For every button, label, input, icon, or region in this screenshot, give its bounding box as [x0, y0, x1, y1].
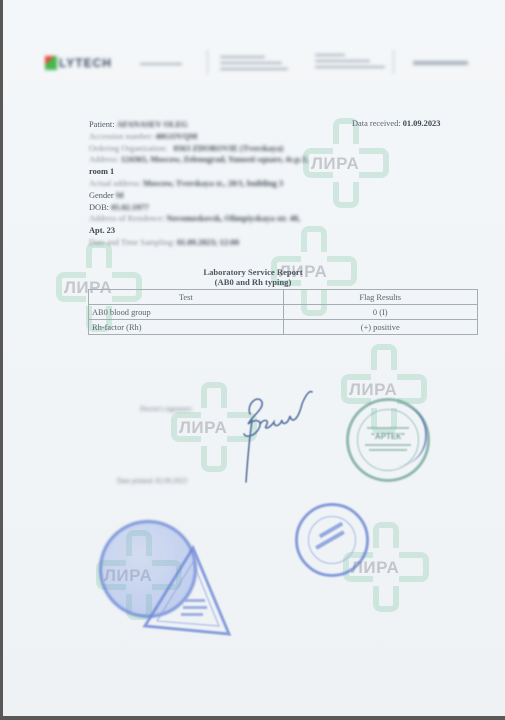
test-result: (+) positive — [283, 320, 478, 335]
header-text-block — [140, 63, 182, 65]
date-of-birth: 05.02.1977 — [111, 202, 149, 214]
lab-report-page: LYTECH ЛИРА ЛИРА ЛИРА ЛИРА ЛИРА ЛИРА — [3, 0, 505, 716]
patient-info: Patient: AFANASEV OLEG Accession number:… — [89, 119, 359, 249]
header-text-block — [220, 56, 265, 58]
gender: M — [116, 190, 124, 202]
doctor-signature-label: Doctor's signature: — [140, 405, 193, 413]
header-text-block — [220, 62, 282, 64]
date-printed: Date printed: 02.09.2023 — [117, 477, 187, 485]
triangle-stamp — [141, 544, 233, 638]
logo-text: LYTECH — [59, 56, 112, 70]
header-text-block — [315, 54, 345, 56]
report-title: Laboratory Service Report (AB0 and Rh ty… — [123, 267, 383, 287]
signature-icon — [228, 384, 323, 484]
date-received: Data received: 01.09.2023 — [352, 119, 440, 128]
column-header-test: Test — [89, 290, 284, 305]
address-room: room 1 — [89, 167, 114, 176]
patient-name: AFANASEV OLEG — [117, 119, 188, 131]
accession-number: 40GOVQM — [156, 131, 198, 143]
results-table: Test Flag Results AB0 blood group 0 (I) … — [88, 289, 478, 335]
header-divider — [393, 50, 394, 74]
header-text-block — [220, 68, 288, 70]
table-row: Rh-factor (Rh) (+) positive — [89, 320, 478, 335]
table-row: AB0 blood group 0 (I) — [89, 305, 478, 320]
report-subtitle: (AB0 and Rh typing) — [123, 277, 383, 287]
residence-address: Novomoskovsk, Olimpiyskaya str. 48, — [166, 213, 300, 225]
actual-address: Moscow, Tverskaya st., 20/1, building 3 — [143, 178, 283, 190]
header-text-block — [315, 60, 370, 62]
ordering-organization: 0563 ZDOROVIE (Tverskaya) — [174, 143, 284, 155]
header-text-block — [413, 61, 468, 65]
residence-apartment: Apt. 23 — [89, 226, 115, 235]
letterhead: LYTECH — [45, 48, 475, 78]
table-header-row: Test Flag Results — [89, 290, 478, 305]
header-divider — [207, 50, 208, 74]
header-text-block — [315, 66, 385, 68]
address: 124365, Moscow, Zelenograd, Yunosti squa… — [121, 154, 308, 166]
company-logo: LYTECH — [45, 56, 123, 70]
sampling-datetime: 01.09.2023; 12:00 — [177, 237, 239, 249]
test-name: Rh-factor (Rh) — [89, 320, 284, 335]
test-result: 0 (I) — [283, 305, 478, 320]
column-header-results: Flag Results — [283, 290, 478, 305]
blue-round-stamp-small — [295, 503, 369, 577]
logo-mark-icon — [45, 56, 57, 70]
test-name: AB0 blood group — [89, 305, 284, 320]
